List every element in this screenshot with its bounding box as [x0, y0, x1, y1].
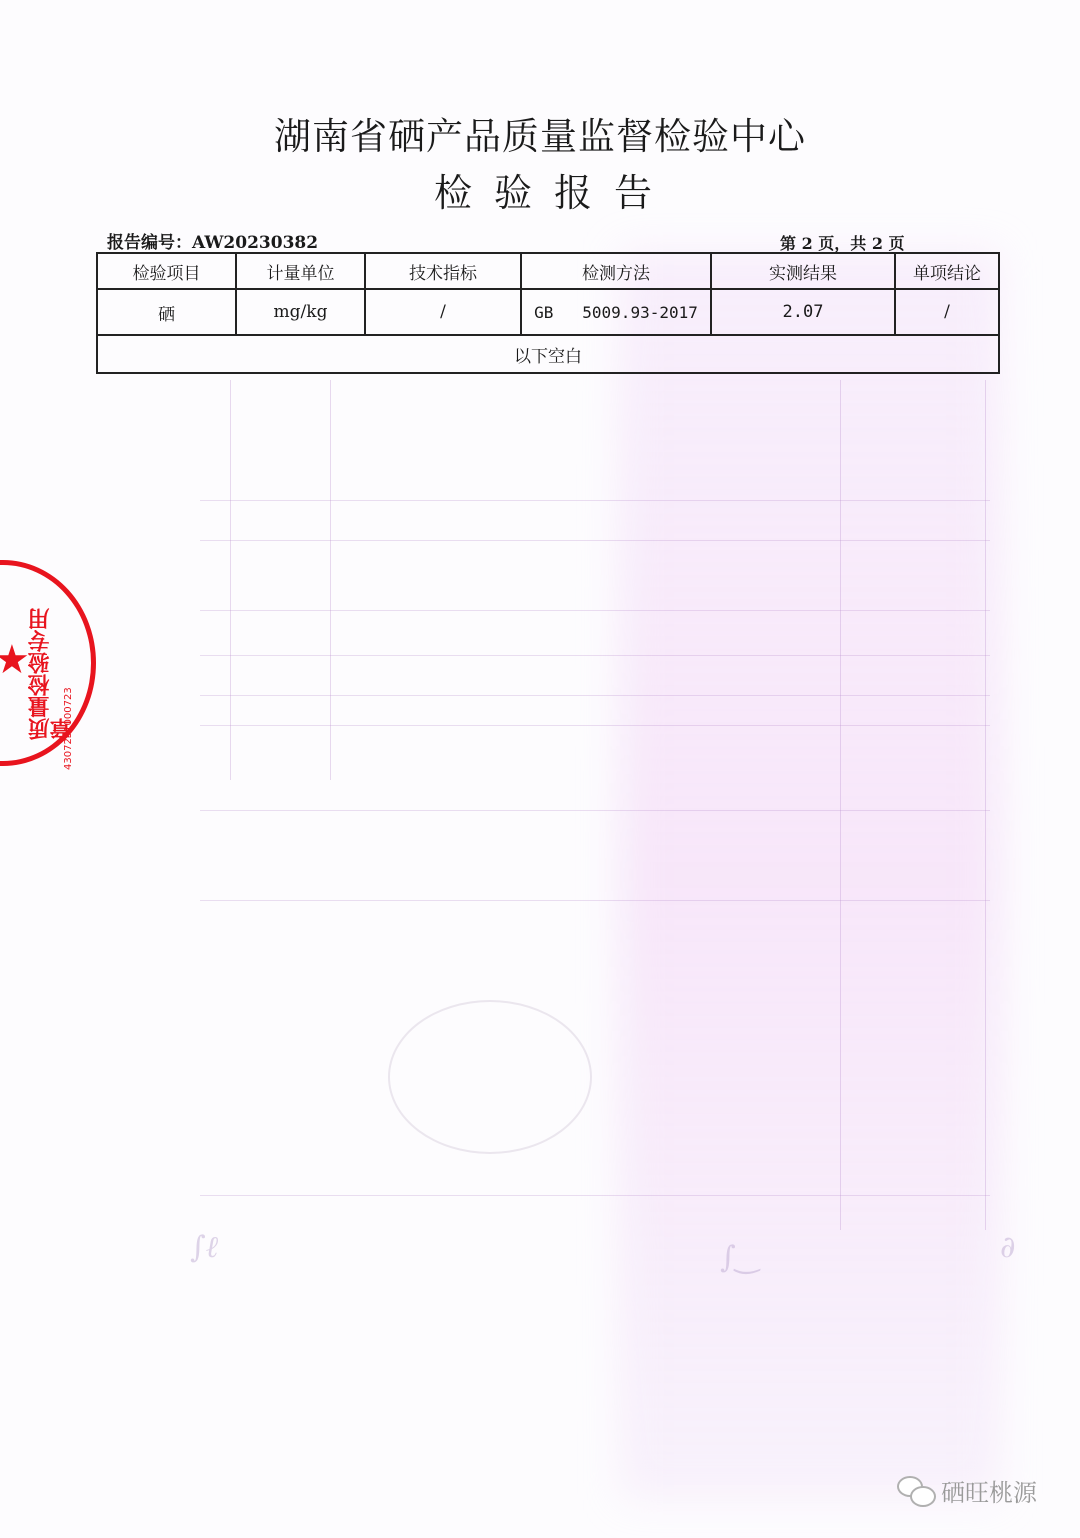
wechat-icon — [897, 1476, 935, 1506]
report-number-value: AW20230382 — [192, 233, 318, 253]
results-table: 检验项目 计量单位 技术指标 检测方法 实测结果 单项结论 硒 mg/kg / … — [96, 252, 1000, 374]
organization-title: 湖南省硒产品质量监督检验中心 — [0, 106, 1080, 160]
column-header-conclusion: 单项结论 — [895, 253, 999, 289]
report-number-label: 报告编号： — [107, 233, 192, 253]
watermark: 硒旺桃源 — [897, 1473, 1037, 1508]
column-header-specification: 技术指标 — [365, 253, 521, 289]
cell-unit: mg/kg — [236, 289, 365, 335]
cell-specification: / — [365, 289, 521, 335]
cell-result: 2.07 — [711, 289, 895, 335]
document-title: 检验报告 — [0, 162, 1080, 217]
column-header-result: 实测结果 — [711, 253, 895, 289]
blank-note-row: 以下空白 — [97, 335, 999, 373]
seal-star-icon: ★ — [0, 640, 30, 680]
blank-note: 以下空白 — [97, 335, 999, 373]
cell-conclusion: / — [895, 289, 999, 335]
page-info: 第 2 页，共 2 页 — [780, 231, 905, 254]
column-header-method: 检测方法 — [521, 253, 711, 289]
watermark-text: 硒旺桃源 — [941, 1473, 1037, 1508]
column-header-unit: 计量单位 — [236, 253, 365, 289]
cell-item: 硒 — [97, 289, 236, 335]
report-number: 报告编号：AW20230382 — [107, 228, 318, 253]
seal-code: 4307251000723 — [63, 600, 74, 770]
table-header-row: 检验项目 计量单位 技术指标 检测方法 实测结果 单项结论 — [97, 253, 999, 289]
cell-method: GB 5009.93-2017 — [521, 289, 711, 335]
column-header-item: 检验项目 — [97, 253, 236, 289]
table-row: 硒 mg/kg / GB 5009.93-2017 2.07 / — [97, 289, 999, 335]
